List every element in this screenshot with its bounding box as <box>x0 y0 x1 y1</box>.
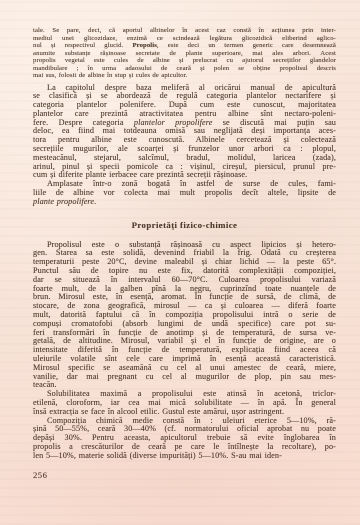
text-line: len 5—10%, materie solidă (diverse impur… <box>33 452 336 461</box>
paragraph: La capitolul despre baza meliferă al ori… <box>33 84 336 181</box>
text-line: tale. Se pare, deci, că aportul albinelo… <box>33 27 336 35</box>
text-line: mai sus, folosit de albine în stup și cu… <box>33 72 336 80</box>
text-line: vanilie, dar mai pregnant cu cel al mugu… <box>33 373 336 382</box>
text-column: tale. Se pare, deci, că aportul albinelo… <box>33 27 336 461</box>
text-line: mandibulare ; în urma adaosului de ceară… <box>33 65 336 73</box>
page-number: 256 <box>33 470 47 480</box>
text-line: mediul unei glicozidaze, enzimă ce scind… <box>33 35 336 43</box>
paragraph: Solubilitatea maximă a propolisului este… <box>33 390 336 416</box>
text-line: nul și respectivul glucid. Propolis, est… <box>33 42 336 50</box>
paragraph: Propolisul este o substanță rășinoasă cu… <box>33 241 336 391</box>
book-page: tale. Se pare, deci, că aportul albinelo… <box>0 0 360 525</box>
paragraph: Compoziția chimică medie constă în : ule… <box>33 417 336 461</box>
text-line: plante propolifere. <box>33 198 336 207</box>
text-line: propolis vegetal este cules de albine și… <box>33 57 336 65</box>
text-line: anumite substanțe rășinoase secretate de… <box>33 50 336 58</box>
paragraph: Amplasate într-o zonă bogată în astfel d… <box>33 180 336 206</box>
paragraph: tale. Se pare, deci, că aportul albinelo… <box>33 27 336 80</box>
section-heading: Proprietăți fizico-chimice <box>33 220 336 230</box>
